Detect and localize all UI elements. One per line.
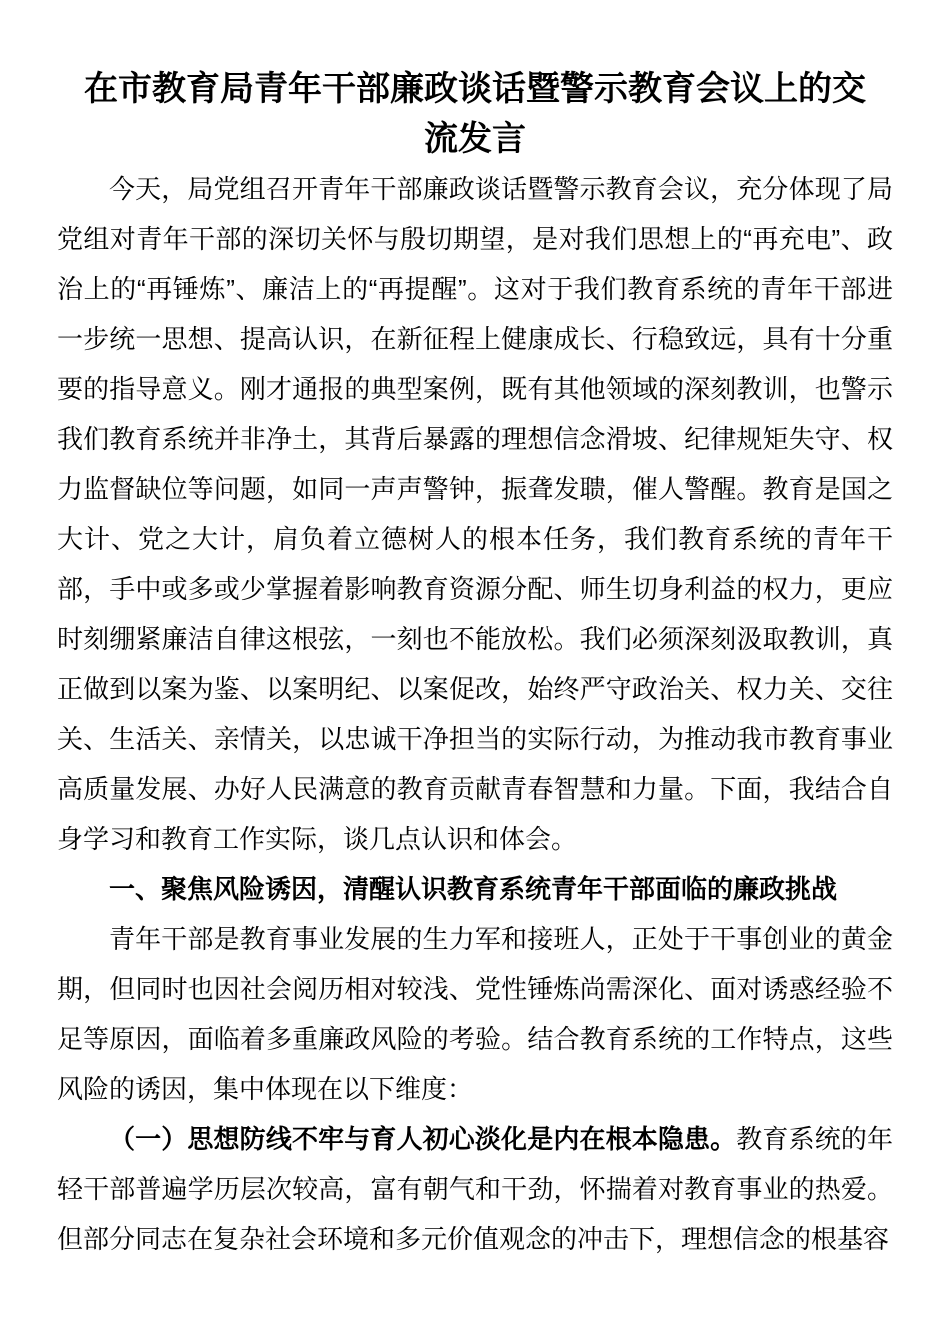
section-heading-1: 一、聚焦风险诱因，清醒认识教育系统青年干部面临的廉政挑战 bbox=[57, 864, 893, 914]
document-title: 在市教育局青年干部廉政谈话暨警示教育会议上的交流发言 bbox=[75, 64, 875, 164]
document-page: 在市教育局青年干部廉政谈话暨警示教育会议上的交流发言 今天，局党组召开青年干部廉… bbox=[0, 0, 950, 1344]
paragraph-subsection-1-lead: （一）思想防线不牢与育人初心淡化是内在根本隐患。 bbox=[109, 1124, 736, 1154]
paragraph-intro: 今天，局党组召开青年干部廉政谈话暨警示教育会议，充分体现了局党组对青年干部的深切… bbox=[57, 164, 893, 864]
paragraph-section-1-intro: 青年干部是教育事业发展的生力军和接班人，正处于干事创业的黄金期，但同时也因社会阅… bbox=[57, 914, 893, 1114]
paragraph-subsection-1: （一）思想防线不牢与育人初心淡化是内在根本隐患。教育系统的年轻干部普遍学历层次较… bbox=[57, 1114, 893, 1264]
